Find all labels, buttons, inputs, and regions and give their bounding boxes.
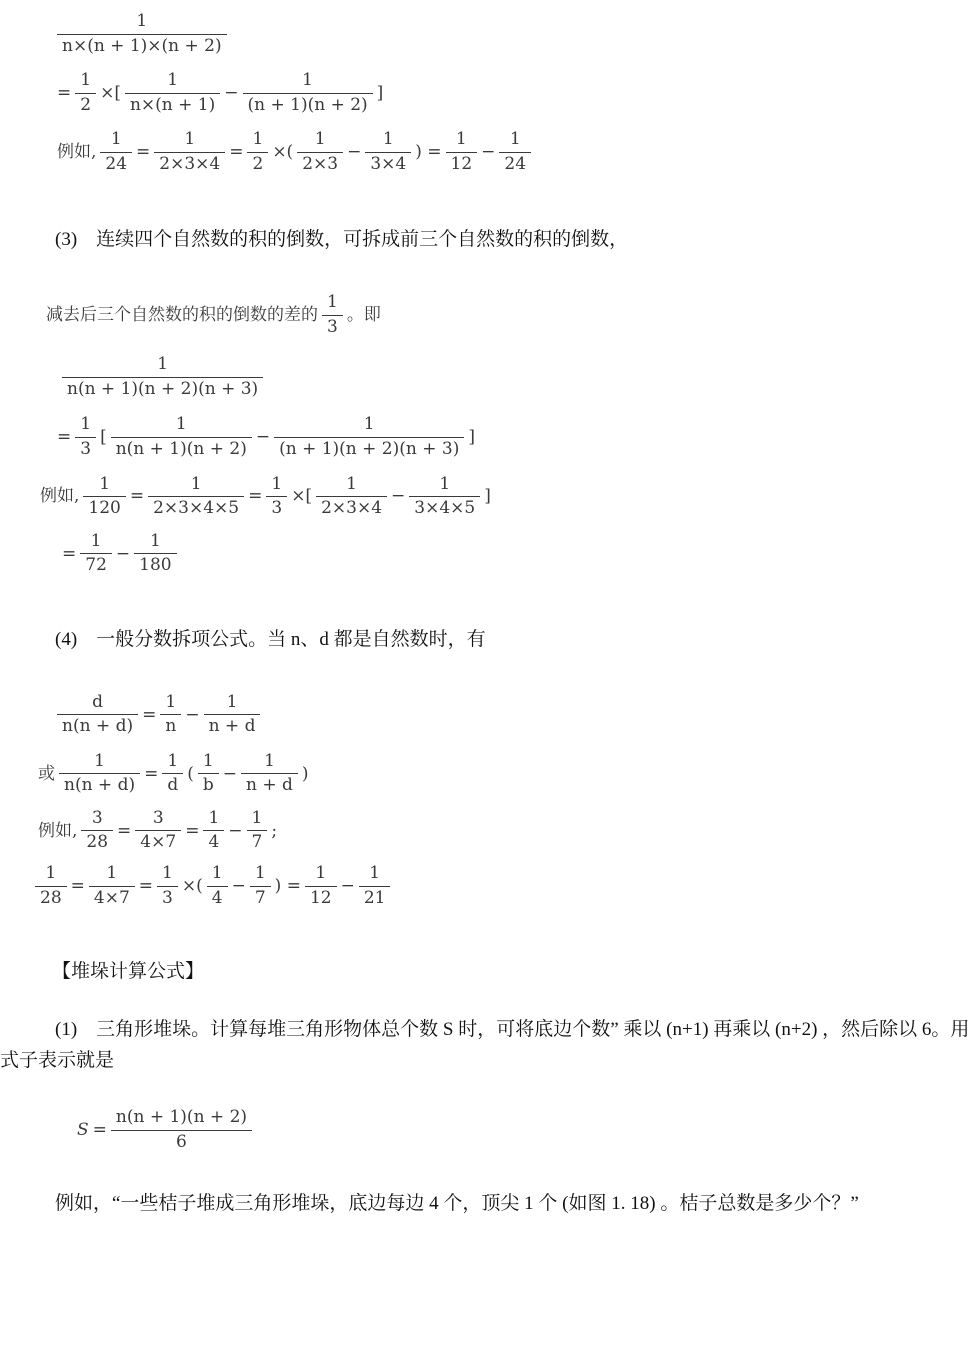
fraction: dn(n + d) [55, 693, 140, 737]
formula-text: = [246, 486, 264, 506]
paragraph-triangular-pile-rule: (1) 三角形堆垛。计算每堆三角形物体总个数 S 时，可将底边个数” 乘以 (n… [0, 1014, 970, 1076]
formula-reciprocal-four-consecutive-product: 1n(n + 1)(n + 2)(n + 3) [60, 355, 970, 399]
formula-text: = [69, 876, 87, 896]
formula-text: − [226, 821, 244, 841]
formula-text: ; [269, 821, 279, 841]
formula-example-1-24: 例如,124=12×3×4=12×(12×3−13×4) =112−124 [55, 130, 970, 174]
formula-example-3-28: 例如,328=34×7=14−17; [36, 809, 970, 853]
fraction: 128 [33, 864, 69, 908]
formula-example-1-120: 例如,1120=12×3×4×5=13×[12×3×4−13×4×5] [38, 475, 970, 519]
formula-general-split-alternative: 或1n(n + d)=1d(1b−1n + d) [36, 752, 970, 796]
fraction: 1n×(n + 1) [123, 71, 222, 115]
formula-text: 例如, [36, 821, 79, 841]
fraction: 13 [264, 475, 289, 519]
fraction: 328 [79, 809, 115, 853]
fraction: 1n(n + 1)(n + 2)(n + 3) [60, 355, 265, 399]
formula-example-1-120-result: =172−1180 [60, 532, 970, 576]
formula-text: − [479, 142, 497, 162]
formula-text: 例如, [55, 142, 98, 162]
fraction: 1n + d [239, 752, 300, 796]
fraction: 1n [158, 693, 183, 737]
fraction: 112 [444, 130, 480, 174]
formula-reciprocal-three-consecutive-product: 1n×(n + 1)×(n + 2) [55, 12, 970, 56]
formula-text: ] [375, 83, 386, 103]
fraction: 124 [98, 130, 134, 174]
formula-text: − [339, 876, 357, 896]
formula-text: − [221, 764, 239, 784]
fraction: n(n + 1)(n + 2)6 [109, 1108, 254, 1152]
formula-text: − [230, 876, 248, 896]
formula-text: ) = [413, 142, 443, 162]
formula-text: = [91, 1120, 109, 1140]
formula-text: S [75, 1120, 91, 1140]
fraction: 17 [248, 864, 273, 908]
formula-text: ×( [270, 142, 295, 162]
formula-text: 或 [36, 764, 57, 784]
fraction: 1(n + 1)(n + 2)(n + 3) [272, 415, 466, 459]
formula-text: ×[ [98, 83, 123, 103]
fraction: 172 [78, 532, 114, 576]
formula-text: ×( [180, 876, 205, 896]
formula-split-into-halves: =12×[1n×(n + 1)−1(n + 1)(n + 2)] [55, 71, 970, 115]
fraction: 17 [245, 809, 270, 853]
fraction: 1(n + 1)(n + 2) [241, 71, 375, 115]
formula-pile-sum: S=n(n + 1)(n + 2)6 [75, 1108, 970, 1152]
formula-text: = [115, 821, 133, 841]
formula-text: = [134, 142, 152, 162]
fraction: 14×7 [87, 864, 137, 908]
fraction: 1n + d [202, 693, 263, 737]
formula-text: = [140, 705, 158, 725]
formula-text: ] [482, 486, 493, 506]
formula-text: = [55, 427, 73, 447]
fraction: 12×3×4 [152, 130, 227, 174]
fraction: 1b [196, 752, 221, 796]
fraction: 13 [320, 293, 345, 337]
fraction: 1n(n + 1)(n + 2) [109, 415, 254, 459]
formula-text: − [254, 427, 272, 447]
formula-text: = [142, 764, 160, 784]
formula-text: 。即 [345, 305, 383, 325]
formula-text: = [60, 544, 78, 564]
formula-split-into-thirds: =13[1n(n + 1)(n + 2)−1(n + 1)(n + 2)(n +… [55, 415, 970, 459]
formula-text: ] [466, 427, 477, 447]
fraction: 1120 [81, 475, 127, 519]
fraction: 14 [205, 864, 230, 908]
formula-note-one-third: 减去后三个自然数的积的倒数的差的13。即 [44, 293, 970, 337]
document-page: 1n×(n + 1)×(n + 2) =12×[1n×(n + 1)−1(n +… [0, 0, 976, 1243]
fraction: 12×3×4 [314, 475, 389, 519]
fraction: 14 [201, 809, 226, 853]
fraction: 13 [155, 864, 180, 908]
paragraph-orange-pile-example: 例如，“一些桔子堆成三角形堆垛，底边每边 4 个，顶尖 1 个 (如图 1. 1… [0, 1188, 970, 1219]
fraction: 121 [357, 864, 393, 908]
fraction: 12 [73, 71, 98, 115]
formula-text: − [389, 486, 407, 506]
paragraph-rule-4: (4) 一般分数拆项公式。当 n、d 都是自然数时，有 [0, 624, 970, 655]
section-heading-pile-formulas: 【堆垛计算公式】 [0, 956, 970, 987]
formula-text: − [183, 705, 201, 725]
formula-text: 减去后三个自然数的积的倒数的差的 [44, 305, 320, 325]
formula-text: ×[ [289, 486, 314, 506]
formula-text: = [55, 83, 73, 103]
formula-text: ) = [273, 876, 303, 896]
formula-text: − [114, 544, 132, 564]
formula-text: = [227, 142, 245, 162]
fraction: 13×4×5 [407, 475, 482, 519]
formula-text: 例如, [38, 486, 81, 506]
fraction: 12 [245, 130, 270, 174]
paragraph-rule-3: (3) 连续四个自然数的积的倒数，可拆成前三个自然数的积的倒数， [0, 224, 970, 255]
formula-text: = [137, 876, 155, 896]
fraction: 34×7 [133, 809, 183, 853]
fraction: 1180 [132, 532, 178, 576]
fraction: 12×3 [295, 130, 345, 174]
formula-text: − [345, 142, 363, 162]
fraction: 1d [160, 752, 185, 796]
fraction: 12×3×4×5 [146, 475, 246, 519]
formula-example-1-28: 128=14×7=13×(14−17) =112−121 [33, 864, 970, 908]
fraction: 1n×(n + 1)×(n + 2) [55, 12, 229, 56]
formula-text: = [183, 821, 201, 841]
fraction: 1n(n + d) [57, 752, 142, 796]
formula-general-split: dn(n + d)=1n−1n + d [55, 693, 970, 737]
formula-text: [ [98, 427, 109, 447]
formula-text: = [128, 486, 146, 506]
formula-text: − [222, 83, 240, 103]
fraction: 13 [73, 415, 98, 459]
fraction: 13×4 [363, 130, 413, 174]
formula-text: ) [300, 764, 311, 784]
fraction: 112 [303, 864, 339, 908]
fraction: 124 [497, 130, 533, 174]
formula-text: ( [185, 764, 196, 784]
